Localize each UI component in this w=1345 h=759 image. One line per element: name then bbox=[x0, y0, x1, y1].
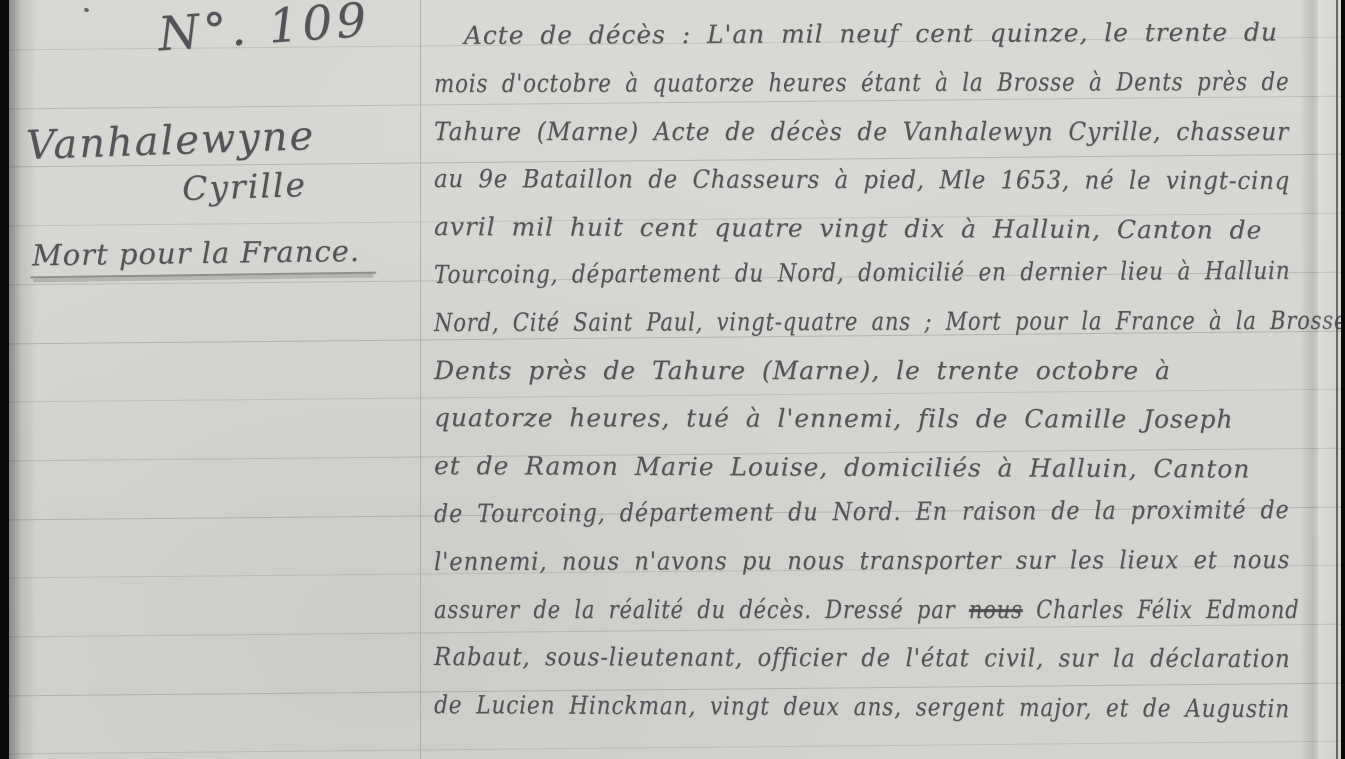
act-text-segment: Rabaut, sous-lieutenant, officier de l'é… bbox=[434, 642, 1291, 673]
act-text-line: Acte de décès : L'an mil neuf cent quinz… bbox=[434, 8, 1290, 59]
act-text-segment: au 9e Bataillon de Chasseurs à pied, Mle… bbox=[434, 164, 1290, 195]
act-text-segment: de Tourcoing, département du Nord. En ra… bbox=[434, 495, 1290, 528]
act-body: Acte de décès : L'an mil neuf cent quinz… bbox=[434, 12, 1294, 729]
act-text-line: assurer de la réalité du décès. Dressé p… bbox=[434, 586, 1156, 634]
act-text-segment: Tahure (Marne) Acte de décès de Vanhalew… bbox=[434, 117, 1289, 146]
page-fold-crease bbox=[1300, 0, 1318, 759]
act-text-line: Tahure (Marne) Acte de décès de Vanhalew… bbox=[434, 108, 1234, 156]
act-text-line: quatorze heures, tué à l'ennemi, fils de… bbox=[434, 394, 1290, 444]
act-text-segment: l'ennemi, nous n'avons pu nous transport… bbox=[434, 545, 1290, 576]
scan-right-edge bbox=[1341, 0, 1345, 759]
act-text-line: au 9e Bataillon de Chasseurs à pied, Mle… bbox=[434, 155, 1215, 205]
mort-pour-la-france-mention: Mort pour la France. bbox=[30, 234, 377, 279]
margin-divider-line bbox=[420, 0, 421, 759]
act-number: N°. 109 bbox=[156, 0, 372, 62]
act-text-line: de Lucien Hinckman, vingt deux ans, serg… bbox=[434, 681, 1178, 732]
act-text-segment: de Lucien Hinckman, vingt deux ans, serg… bbox=[434, 690, 1290, 723]
scan-left-edge bbox=[0, 0, 9, 759]
page-right-margin bbox=[1318, 0, 1336, 759]
page-edge-line bbox=[1336, 0, 1338, 759]
act-text-segment: quatorze heures, tué à l'ennemi, fils de… bbox=[434, 403, 1234, 434]
act-text-line: l'ennemi, nous n'avons pu nous transport… bbox=[434, 536, 1212, 586]
act-text-segment: Nord, Cité Saint Paul, vingt-quatre ans … bbox=[434, 305, 1345, 336]
deceased-given-name: Cyrille bbox=[181, 165, 307, 208]
act-text-segment: Acte de décès : L'an mil neuf cent quinz… bbox=[464, 17, 1278, 49]
deceased-surname: Vanhalewyne bbox=[25, 113, 316, 169]
act-text-line: Tourcoing, département du Nord, domicili… bbox=[434, 247, 1171, 298]
crossed-out-word: nous bbox=[969, 595, 1023, 624]
act-text-segment: et de Ramon Marie Louise, domiciliés à H… bbox=[434, 451, 1250, 483]
act-text-line: Nord, Cité Saint Paul, vingt-quatre ans … bbox=[434, 297, 1156, 347]
act-text-segment: Dents près de Tahure (Marne), le trente … bbox=[434, 356, 1171, 385]
act-text-line: mois d'octobre à quatorze heures étant à… bbox=[434, 58, 1168, 108]
act-text-segment: Tourcoing, département du Nord, domicili… bbox=[434, 256, 1290, 289]
ruled-line bbox=[0, 741, 1345, 756]
act-text-line: Dents près de Tahure (Marne), le trente … bbox=[434, 347, 1290, 395]
act-text-line: de Tourcoing, département du Nord. En ra… bbox=[434, 486, 1196, 537]
act-text-segment: avril mil huit cent quatre vingt dix à H… bbox=[434, 212, 1262, 244]
act-text-line: Rabaut, sous-lieutenant, officier de l'é… bbox=[434, 633, 1215, 683]
act-text-segment: mois d'octobre à quatorze heures étant à… bbox=[434, 67, 1289, 98]
register-page-scan: N°. 109 Vanhalewyne Cyrille Mort pour la… bbox=[0, 0, 1345, 759]
binding-gutter-shadow bbox=[9, 0, 37, 759]
act-text-segment: Charles Félix Edmond bbox=[1023, 595, 1300, 624]
act-text-segment: assurer de la réalité du décès. Dressé p… bbox=[434, 595, 969, 624]
paper-speck bbox=[83, 7, 89, 12]
